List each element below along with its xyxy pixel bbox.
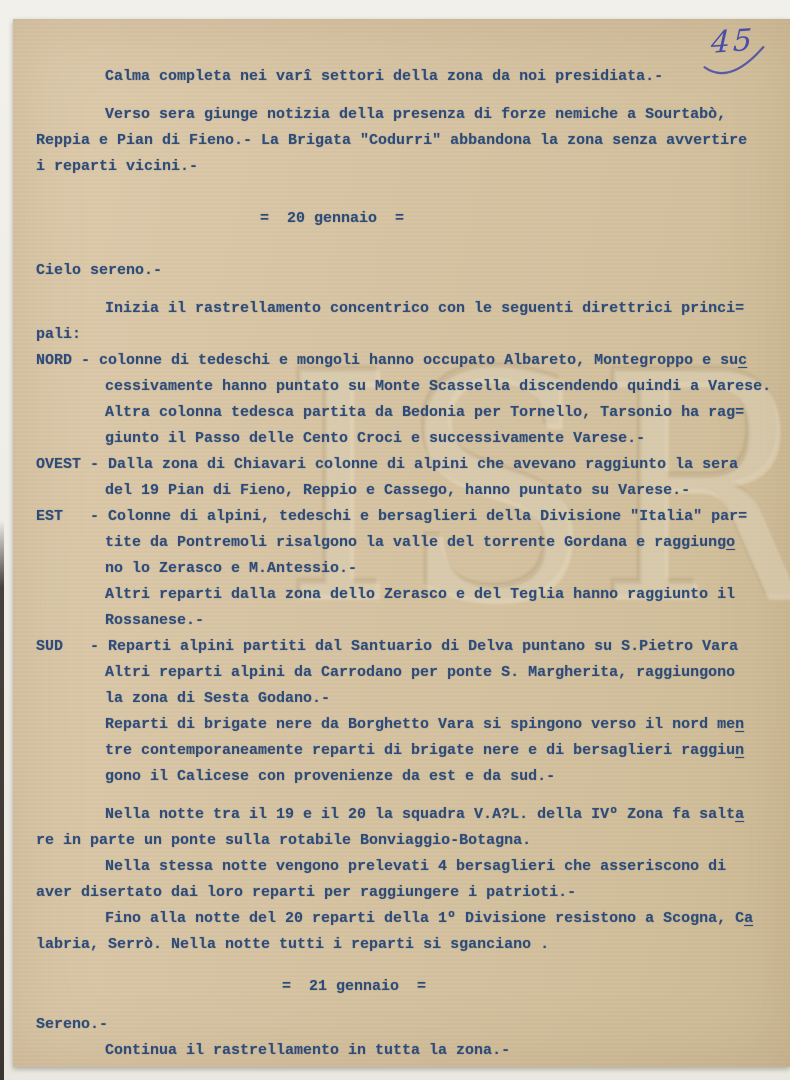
continuation-underline: c	[738, 352, 747, 369]
text-line: = 20 gennaio =	[36, 206, 786, 232]
text-line: aver disertato dai loro reparti per ragg…	[36, 880, 786, 906]
text-line: Sereno.-	[36, 1012, 786, 1038]
scanner-edge-shadow	[0, 520, 4, 1080]
text-line: Altri reparti alpini da Carrodano per po…	[36, 660, 786, 686]
text-line: Calma completa nei varî settori della zo…	[36, 64, 786, 90]
text-line: Reparti di brigate nere da Borghetto Var…	[36, 712, 786, 738]
text-line: Inizia il rastrellamento concentrico con…	[36, 296, 786, 322]
text-line: Nella stessa notte vengono prelevati 4 b…	[36, 854, 786, 880]
text-line: OVEST - Dalla zona di Chiavari colonne d…	[36, 452, 786, 478]
text-line: EST - Colonne di alpini, tedeschi e bers…	[36, 504, 786, 530]
text-line: cessivamente hanno puntato su Monte Scas…	[36, 374, 786, 400]
text-line: giunto il Passo delle Cento Croci e succ…	[36, 426, 786, 452]
text-line: labria, Serrò. Nella notte tutti i repar…	[36, 932, 786, 958]
text-line: SUD - Reparti alpini partiti dal Santuar…	[36, 634, 786, 660]
text-line: Reppia e Pian di Fieno.- La Brigata "Cod…	[36, 128, 786, 154]
text-line: re in parte un ponte sulla rotabile Bonv…	[36, 828, 786, 854]
text-line: la zona di Sesta Godano.-	[36, 686, 786, 712]
text-line: Verso sera giunge notizia della presenza…	[36, 102, 786, 128]
text-line: tite da Pontremoli risalgono la valle de…	[36, 530, 786, 556]
text-line: pali:	[36, 322, 786, 348]
text-line: Altra colonna tedesca partita da Bedonia…	[36, 400, 786, 426]
continuation-underline: n	[735, 742, 744, 759]
text-line: del 19 Pian di Fieno, Reppio e Cassego, …	[36, 478, 786, 504]
continuation-underline: a	[744, 910, 753, 927]
text-line: NORD - colonne di tedeschi e mongoli han…	[36, 348, 786, 374]
text-line: Altri reparti dalla zona dello Zerasco e…	[36, 582, 786, 608]
text-line: Cielo sereno.-	[36, 258, 786, 284]
text-line: Rossanese.-	[36, 608, 786, 634]
text-line: i reparti vicini.-	[36, 154, 786, 180]
text-line: gono il Calicese con provenienze da est …	[36, 764, 786, 790]
continuation-underline: a	[735, 806, 744, 823]
text-line: Fino alla notte del 20 reparti della 1º …	[36, 906, 786, 932]
continuation-underline: o	[726, 534, 735, 551]
text-line: tre contemporaneamente reparti di brigat…	[36, 738, 786, 764]
text-line: no lo Zerasco e M.Antessio.-	[36, 556, 786, 582]
continuation-underline: n	[735, 716, 744, 733]
typewritten-text-block: Calma completa nei varî settori della zo…	[36, 64, 786, 1064]
page-number-text: 45	[710, 26, 755, 59]
scan-background: ISR 45 Calma completa nei varî settori d…	[0, 0, 790, 1080]
text-line: Nella notte tra il 19 e il 20 la squadra…	[36, 802, 786, 828]
document-page: ISR 45 Calma completa nei varî settori d…	[13, 19, 790, 1067]
text-line: Continua il rastrellamento in tutta la z…	[36, 1038, 786, 1064]
text-line: = 21 gennaio =	[36, 974, 786, 1000]
